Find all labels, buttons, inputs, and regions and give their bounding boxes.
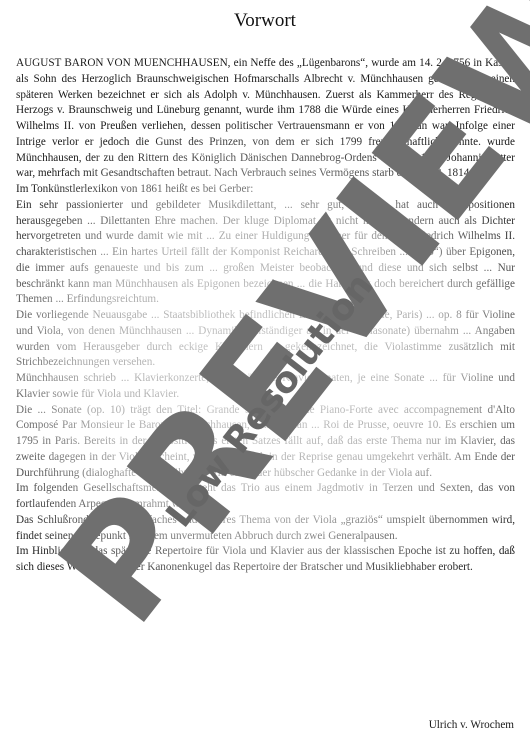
paragraph-works: Münchhausen schrieb ... Klavierkonzerte,… [16,371,515,403]
document-body: AUGUST BARON VON MUENCHHAUSEN, ein Neffe… [16,56,515,576]
paragraph-lexikon-intro: Im Tonkünstlerlexikon von 1861 heißt es … [16,182,515,198]
paragraph-menuett: Im folgenden Gesellschaftsmenuett besteh… [16,481,515,513]
page-title: Vorwort [0,10,530,32]
author-signature: Ulrich v. Wrochem [429,719,514,731]
paragraph-conclusion: Im Hinblick auf das spärliche Repertoire… [16,544,515,576]
document-page: Vorwort AUGUST BARON VON MUENCHHAUSEN, e… [0,0,530,750]
paragraph-gerber-quote: Ein sehr passionierter und gebildeter Mu… [16,198,515,308]
paragraph-sonata: Die ... Sonate (op. 10) trägt den Titel:… [16,403,515,482]
paragraph-rondo: Das Schlußrondo, dessen einfaches und he… [16,513,515,545]
paragraph-biography: AUGUST BARON VON MUENCHHAUSEN, ein Neffe… [16,56,515,182]
paragraph-edition: Die vorliegende Neuausgabe ... Staatsbib… [16,308,515,371]
